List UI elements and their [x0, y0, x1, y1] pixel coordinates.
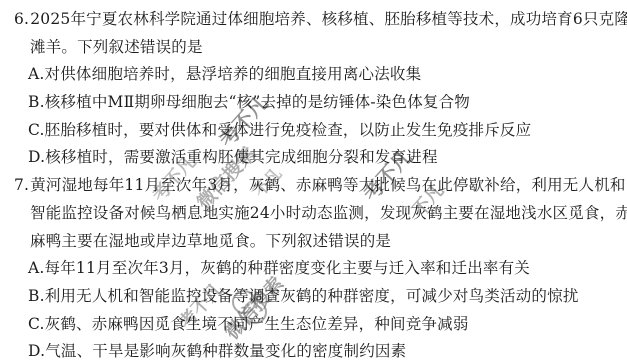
option-a: A.对供体细胞培养时，悬浮培养的细胞直接用离心法收集: [0, 61, 627, 89]
question-stem-line: 滩羊。下列叙述错误的是: [0, 34, 627, 62]
option-b: B.利用无人机和智能监控设备等调查灰鹤的种群密度，可减少对鸟类活动的惊扰: [0, 283, 627, 311]
option-d: D.核移植时，需要激活重构胚使其完成细胞分裂和发育进程: [0, 144, 627, 172]
question-number: 6.: [14, 10, 30, 28]
exam-page: 考不凡 微信搜索 考不凡 考不凡 不凡 不凡 微信搜索 考不凡 6.2025年宁…: [0, 0, 627, 361]
question-stem-line: 麻鸭主要在湿地或岸边草地觅食。下列叙述错误的是: [0, 228, 627, 256]
stem-text: 黄河湿地每年11月至次年3月，灰鹤、赤麻鸭等大批候鸟在此停歇补给，利用无人机和: [30, 176, 625, 194]
option-d: D.气温、干旱是影响灰鹤种群数量变化的密度制约因素: [0, 338, 627, 361]
stem-text: 2025年宁夏农林科学院通过体细胞培养、核移植、胚胎移植等技术，成功培育6只克隆: [30, 10, 627, 28]
question-stem-line: 6.2025年宁夏农林科学院通过体细胞培养、核移植、胚胎移植等技术，成功培育6只…: [0, 6, 627, 34]
question-7: 7.黄河湿地每年11月至次年3月，灰鹤、赤麻鸭等大批候鸟在此停歇补给，利用无人机…: [0, 172, 627, 361]
question-6: 6.2025年宁夏农林科学院通过体细胞培养、核移植、胚胎移植等技术，成功培育6只…: [0, 6, 627, 172]
question-stem-line: 智能监控设备对候鸟栖息地实施24小时动态监测，发现灰鹤主要在湿地浅水区觅食，赤: [0, 200, 627, 228]
question-stem-line: 7.黄河湿地每年11月至次年3月，灰鹤、赤麻鸭等大批候鸟在此停歇补给，利用无人机…: [0, 172, 627, 200]
option-b: B.核移植中MⅡ期卵母细胞去“核”去掉的是纺锤体-染色体复合物: [0, 89, 627, 117]
option-a: A.每年11月至次年3月，灰鹤的种群密度变化主要与迁入率和迁出率有关: [0, 255, 627, 283]
option-c: C.胚胎移植时，要对供体和受体进行免疫检查，以防止发生免疫排斥反应: [0, 117, 627, 145]
question-number: 7.: [14, 176, 30, 194]
exam-content: 6.2025年宁夏农林科学院通过体细胞培养、核移植、胚胎移植等技术，成功培育6只…: [0, 6, 627, 361]
option-c: C.灰鹤、赤麻鸭因觅食生境不同产生生态位差异，种间竞争减弱: [0, 311, 627, 339]
